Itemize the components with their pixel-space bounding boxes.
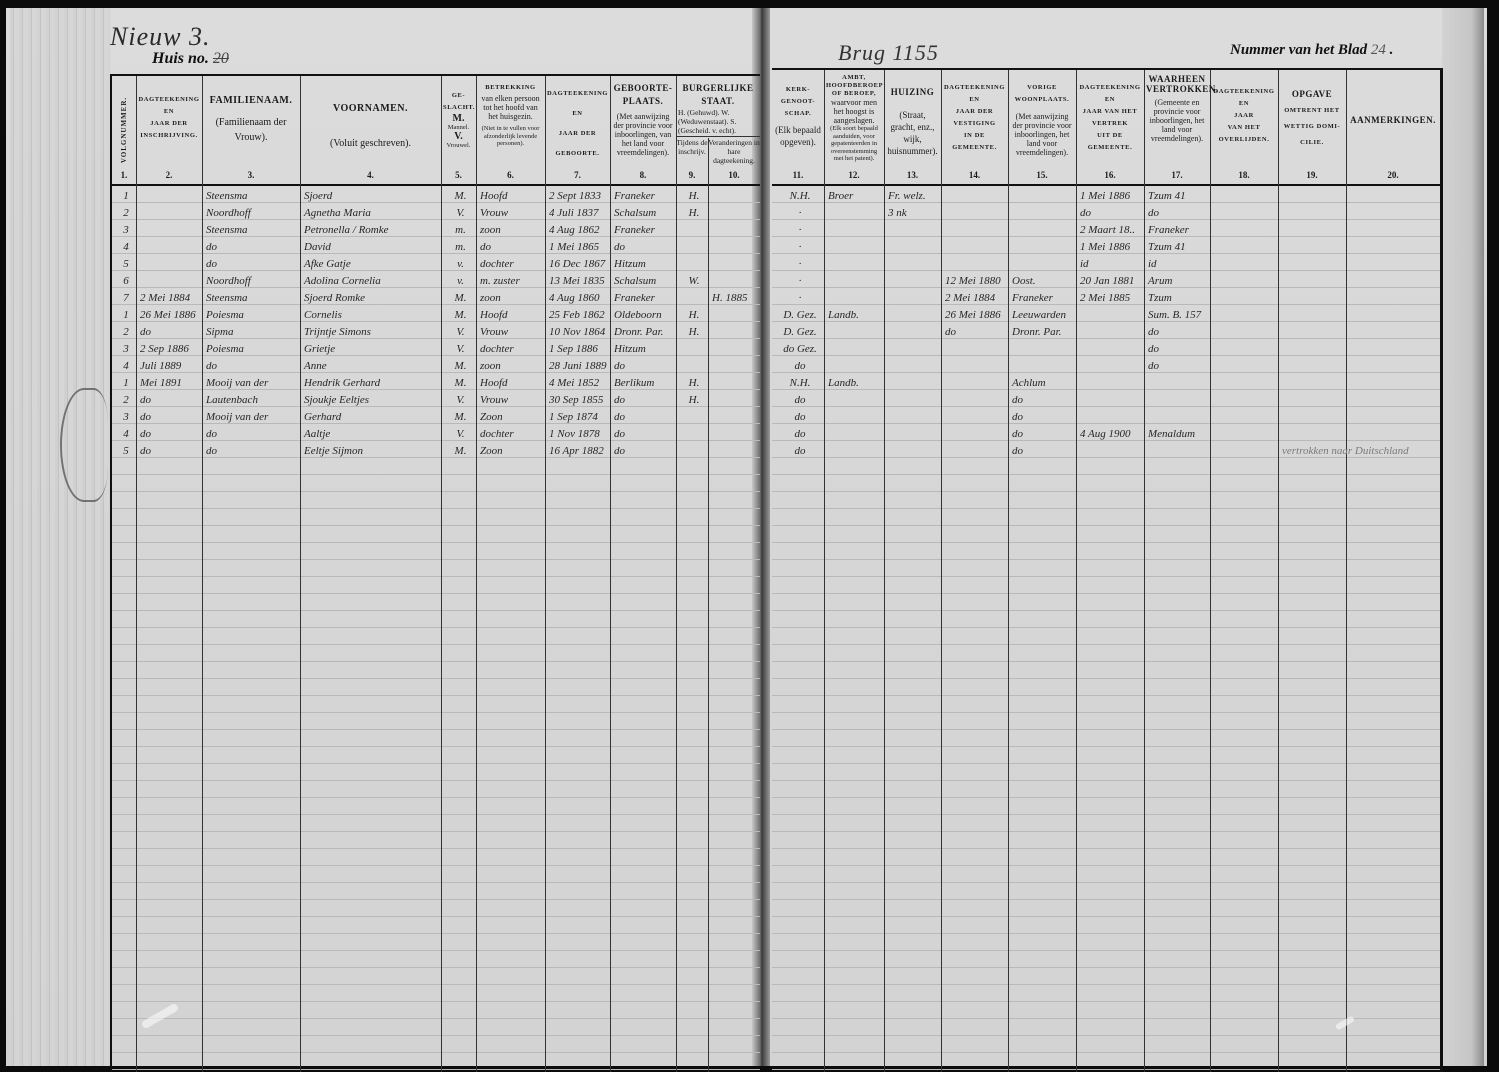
cell-c12: [824, 392, 884, 409]
cell-c12: [824, 273, 884, 290]
cell-c12: [824, 358, 884, 375]
cell-c4: Gerhard: [300, 409, 441, 426]
cell-c16: 2 Mei 1885: [1076, 290, 1144, 307]
header-cell: DAGTEEKENING EN JAAR DER INSCHRIJVING.: [136, 76, 202, 142]
cell-c6: Hoofd: [476, 375, 545, 392]
col-small-note: (Elk soort bepaald aanduiden, voor gepat…: [826, 125, 882, 163]
cell-c15: do: [1008, 392, 1076, 409]
stacked-page-edges: [10, 8, 110, 1066]
cell-c4: Aaltje: [300, 426, 441, 443]
cell-c13: 3 nk: [884, 205, 941, 222]
cell-c14: [941, 205, 1008, 222]
cell-c20: [1278, 341, 1440, 358]
col-line: Vrouwel.: [443, 142, 474, 150]
cell-c7: 28 Juni 1889: [545, 358, 610, 375]
col-note: (Voluit geschreven).: [302, 139, 439, 148]
cell-c16: [1076, 392, 1144, 409]
col-number: 13.: [884, 170, 941, 180]
cell-c3: do: [202, 239, 300, 256]
cell-c17: do: [1144, 324, 1210, 341]
cell-c14: [941, 443, 1008, 460]
col-line: V.: [443, 132, 474, 142]
cell-c16: [1076, 443, 1144, 460]
cell-c10: [708, 426, 760, 443]
col-line: EN: [943, 94, 1006, 106]
cell-c11: ·: [772, 273, 824, 290]
cell-c2: [136, 256, 202, 273]
cell-c6: zoon: [476, 222, 545, 239]
cell-c11: do: [772, 443, 824, 460]
col-line: INSCHRIJVING.: [138, 130, 200, 142]
col-title: HUIZING: [886, 86, 939, 99]
cell-c3: Noordhoff: [202, 205, 300, 222]
cell-c8: do: [610, 358, 676, 375]
col-title: VOLGNUMMER.: [120, 97, 128, 163]
cell-c15: Leeuwarden: [1008, 307, 1076, 324]
cell-c16: 1 Mei 1886: [1076, 188, 1144, 205]
col-note: (Elk bepaald opgeven).: [774, 124, 822, 148]
cell-c20: [1278, 409, 1440, 426]
cell-c2: [136, 239, 202, 256]
col-line: GEMEENTE.: [1078, 142, 1142, 154]
cell-c20: [1278, 256, 1440, 273]
cell-c16: [1076, 341, 1144, 358]
cell-c10: [708, 273, 760, 290]
cell-c1: 1: [112, 188, 136, 205]
cell-c13: [884, 443, 941, 460]
header-cell: AMBT, HOOFDBEROEP OF BEROEP, waarvoor me…: [824, 70, 884, 163]
col-title: DAGTEEKENING: [1078, 82, 1142, 94]
cell-c5: v.: [441, 256, 476, 273]
cell-c20: [1278, 205, 1440, 222]
col-line: GEMEENTE.: [943, 142, 1006, 154]
cell-c20: [1278, 392, 1440, 409]
cell-c16: [1076, 358, 1144, 375]
cell-c10: [708, 358, 760, 375]
header-cell: DAGTEEKENING EN JAAR VAN HET OVERLIJDEN.: [1210, 70, 1278, 146]
cell-c2: do: [136, 409, 202, 426]
blad-number: 24: [1371, 42, 1386, 58]
col-title: OPGAVE: [1280, 88, 1344, 101]
cell-c9: W.: [676, 273, 708, 290]
cell-c6: Zoon: [476, 443, 545, 460]
cell-c2: do: [136, 392, 202, 409]
col-line: JAAR DER: [547, 128, 608, 140]
cell-c4: Trijntje Simons: [300, 324, 441, 341]
cell-c1: 3: [112, 341, 136, 358]
col-line: EN: [1212, 98, 1276, 110]
cell-c10: [708, 392, 760, 409]
cell-c6: Vrouw: [476, 324, 545, 341]
cell-c13: [884, 341, 941, 358]
col-title: GE-SLACHT.: [443, 90, 474, 114]
cell-c3: Sipma: [202, 324, 300, 341]
cell-c3: do: [202, 426, 300, 443]
cell-c1: 4: [112, 358, 136, 375]
cell-c7: 4 Aug 1862: [545, 222, 610, 239]
cell-c11: ·: [772, 205, 824, 222]
cell-c12: [824, 256, 884, 273]
cell-c1: 4: [112, 239, 136, 256]
cell-c15: [1008, 256, 1076, 273]
cell-c20: [1278, 375, 1440, 392]
cell-c11: D. Gez.: [772, 324, 824, 341]
cell-c6: dochter: [476, 341, 545, 358]
cell-c16: [1076, 409, 1144, 426]
cell-c6: dochter: [476, 256, 545, 273]
col-small-note: (Niet in te vullen voor afzonderlijk lev…: [478, 125, 543, 148]
cell-c5: V.: [441, 392, 476, 409]
cell-c3: Mooij van der: [202, 409, 300, 426]
col-number: 7.: [545, 170, 610, 180]
col-title: VORIGE WOONPLAATS.: [1010, 82, 1074, 106]
cell-c17: do: [1144, 205, 1210, 222]
right-page-edge: [1442, 8, 1484, 1066]
cell-c15: [1008, 358, 1076, 375]
col-line: EN: [547, 108, 608, 120]
cell-c14: [941, 375, 1008, 392]
cell-c14: [941, 222, 1008, 239]
cell-c6: Vrouw: [476, 392, 545, 409]
cell-c16: [1076, 307, 1144, 324]
col-title: AMBT, HOOFDBEROEP OF BEROEP,: [826, 74, 882, 98]
cell-c20: [1278, 273, 1440, 290]
cell-c9: [676, 443, 708, 460]
cell-c8: Hitzum: [610, 341, 676, 358]
col-number: 16.: [1076, 170, 1144, 180]
cell-c14: 26 Mei 1886: [941, 307, 1008, 324]
cell-c20: [1278, 426, 1440, 443]
cell-c14: 2 Mei 1884: [941, 290, 1008, 307]
cell-c16: id: [1076, 256, 1144, 273]
cell-c9: H.: [676, 205, 708, 222]
cell-c1: 5: [112, 256, 136, 273]
cell-c12: Landb.: [824, 307, 884, 324]
cell-c2: 2 Sep 1886: [136, 341, 202, 358]
cell-c9: [676, 256, 708, 273]
street-name: Nieuw 3.: [110, 22, 210, 52]
cell-c15: do: [1008, 409, 1076, 426]
cell-c17: [1144, 392, 1210, 409]
col-number: 2.: [136, 170, 202, 180]
col-number: 15.: [1008, 170, 1076, 180]
cell-c8: Hitzum: [610, 256, 676, 273]
cell-c1: 4: [112, 426, 136, 443]
cell-c16: [1076, 324, 1144, 341]
cell-c12: [824, 222, 884, 239]
cell-c4: Hendrik Gerhard: [300, 375, 441, 392]
col-number: 9.: [676, 170, 708, 180]
cell-c9: H.: [676, 375, 708, 392]
col-title: DAGTEEKENING: [138, 94, 200, 106]
cell-c17: [1144, 409, 1210, 426]
cell-c12: Landb.: [824, 375, 884, 392]
cell-c6: Vrouw: [476, 205, 545, 222]
cell-c5: m.: [441, 222, 476, 239]
cell-c8: Franeker: [610, 222, 676, 239]
cell-c13: [884, 324, 941, 341]
col-number: 6.: [476, 170, 545, 180]
huis-number: 20: [213, 50, 229, 67]
cell-c9: [676, 222, 708, 239]
cell-c13: [884, 290, 941, 307]
cell-c1: 1: [112, 375, 136, 392]
col-note: (Familienaam der Vrouw).: [204, 115, 298, 145]
header-cell: OPGAVE OMTRENT HET WETTIG DOMI- CILIE.: [1278, 70, 1346, 149]
cell-c5: V.: [441, 341, 476, 358]
cell-c6: Hoofd: [476, 188, 545, 205]
cell-c9: H.: [676, 324, 708, 341]
cell-c5: M.: [441, 188, 476, 205]
cell-c10: [708, 341, 760, 358]
cell-c8: Franeker: [610, 188, 676, 205]
col-title: WAARHEEN VERTROKKEN.: [1146, 74, 1208, 94]
cell-c3: Poiesma: [202, 307, 300, 324]
col-title: KERK-GENOOT-SCHAP.: [774, 84, 822, 120]
cell-c4: Anne: [300, 358, 441, 375]
header-cell: GEBOORTE-PLAATS. (Met aanwijzing der pro…: [610, 76, 676, 157]
cell-c8: Dronr. Par.: [610, 324, 676, 341]
ledger-left: VOLGNUMMER. 1. DAGTEEKENING EN JAAR DER …: [110, 74, 760, 1072]
cell-c8: do: [610, 443, 676, 460]
cell-c5: v.: [441, 273, 476, 290]
header-cell: DAGTEEKENING EN JAAR DER GEBOORTE.: [545, 76, 610, 160]
cell-c17: Tzum 41: [1144, 188, 1210, 205]
cell-c3: do: [202, 443, 300, 460]
cell-c9: [676, 409, 708, 426]
cell-c3: Mooij van der: [202, 375, 300, 392]
col-title: FAMILIENAAM.: [204, 94, 298, 107]
cell-c17: [1144, 375, 1210, 392]
col-sub-title: Veranderingen in hare dagteekening.: [708, 138, 760, 165]
cell-c11: do: [772, 392, 824, 409]
cell-c15: Achlum: [1008, 375, 1076, 392]
cell-c15: [1008, 205, 1076, 222]
cell-c7: 30 Sep 1855: [545, 392, 610, 409]
cell-c9: [676, 341, 708, 358]
cell-c2: [136, 188, 202, 205]
cell-c6: Hoofd: [476, 307, 545, 324]
header-cell: BURGERLIJKE STAAT. H. (Gehuwd). W. (Wedu…: [676, 76, 760, 135]
cell-c15: [1008, 239, 1076, 256]
cell-c10: H. 1885: [708, 290, 760, 307]
col-line: OVERLIJDEN.: [1212, 134, 1276, 146]
cell-c4: Grietje: [300, 341, 441, 358]
col-number: 4.: [300, 170, 441, 180]
col-sub-title: Tijdens de inschrijv.: [676, 138, 708, 156]
cell-c14: 12 Mei 1880: [941, 273, 1008, 290]
col-line: JAAR: [1212, 110, 1276, 122]
cell-c7: 13 Mei 1835: [545, 273, 610, 290]
col-number: 12.: [824, 170, 884, 180]
cell-c3: Steensma: [202, 290, 300, 307]
col-note: (Gemeente en provincie voor inboorlingen…: [1146, 98, 1208, 143]
header-cell: KERK-GENOOT-SCHAP. (Elk bepaald opgeven)…: [772, 70, 824, 148]
cell-c4: Afke Gatje: [300, 256, 441, 273]
col-note: (Met aanwijzing der provincie voor inboo…: [1010, 112, 1074, 157]
cell-c3: Poiesma: [202, 341, 300, 358]
cell-c8: Schalsum: [610, 205, 676, 222]
cell-c20: [1278, 324, 1440, 341]
cell-c8: do: [610, 239, 676, 256]
cell-c2: 26 Mei 1886: [136, 307, 202, 324]
subheader-divider: [676, 136, 760, 137]
cell-c12: [824, 205, 884, 222]
header-cell: VOORNAMEN. (Voluit geschreven).: [300, 76, 441, 148]
cell-c10: [708, 443, 760, 460]
col-line: VESTIGING: [943, 118, 1006, 130]
cell-c16: 2 Maart 18..: [1076, 222, 1144, 239]
cell-c17: do: [1144, 341, 1210, 358]
cell-c17: Menaldum: [1144, 426, 1210, 443]
cell-c1: 2: [112, 324, 136, 341]
col-number: 8.: [610, 170, 676, 180]
col-note: (Straat, gracht, enz., wijk, huisnummer)…: [886, 109, 939, 157]
cell-c14: [941, 426, 1008, 443]
cell-c11: ·: [772, 239, 824, 256]
cell-c9: [676, 426, 708, 443]
cell-c7: 4 Juli 1837: [545, 205, 610, 222]
col-number: 5.: [441, 170, 476, 180]
col-line: VERTREK: [1078, 118, 1142, 130]
cell-c8: Oldeboorn: [610, 307, 676, 324]
col-number: 14.: [941, 170, 1008, 180]
cell-c14: [941, 392, 1008, 409]
col-line: UIT DE: [1078, 130, 1142, 142]
ledger-right: KERK-GENOOT-SCHAP. (Elk bepaald opgeven)…: [772, 68, 1443, 1072]
cell-c7: 4 Aug 1860: [545, 290, 610, 307]
col-title: GEBOORTE-PLAATS.: [612, 82, 674, 108]
col-title: BETREKKING: [478, 82, 543, 94]
col-number: 18.: [1210, 170, 1278, 180]
cell-c13: [884, 239, 941, 256]
cell-c15: Oost.: [1008, 273, 1076, 290]
cell-c15: [1008, 222, 1076, 239]
huis-label: Huis no.: [152, 50, 209, 67]
col-title: AANMERKINGEN.: [1348, 114, 1438, 127]
cell-c17: id: [1144, 256, 1210, 273]
cell-c13: Fr. welz.: [884, 188, 941, 205]
cell-c14: [941, 341, 1008, 358]
cell-c8: Berlikum: [610, 375, 676, 392]
cell-c10: [708, 239, 760, 256]
cell-c2: do: [136, 443, 202, 460]
cell-c13: [884, 222, 941, 239]
blad-label: Nummer van het Blad: [1230, 42, 1367, 58]
cell-c2: do: [136, 426, 202, 443]
cell-c5: V.: [441, 426, 476, 443]
cell-c11: N.H.: [772, 375, 824, 392]
cell-c7: 16 Apr 1882: [545, 443, 610, 460]
cell-c3: do: [202, 358, 300, 375]
col-line: EN: [138, 106, 200, 118]
cell-c6: dochter: [476, 426, 545, 443]
cell-c11: ·: [772, 290, 824, 307]
cell-c16: [1076, 375, 1144, 392]
cell-c4: Agnetha Maria: [300, 205, 441, 222]
cell-c9: H.: [676, 392, 708, 409]
cell-c10: [708, 222, 760, 239]
cell-c17: Sum. B. 157: [1144, 307, 1210, 324]
col-title: DAGTEEKENING: [943, 82, 1006, 94]
cell-c10: [708, 409, 760, 426]
cell-c17: Arum: [1144, 273, 1210, 290]
cell-c4: Eeltje Sijmon: [300, 443, 441, 460]
cell-c11: do: [772, 358, 824, 375]
cell-c20: [1278, 239, 1440, 256]
cell-c11: D. Gez.: [772, 307, 824, 324]
cell-c7: 1 Sep 1874: [545, 409, 610, 426]
col-line: M.: [443, 114, 474, 124]
cell-c20: vertrokken naar Duitschland: [1278, 443, 1440, 460]
cell-c13: [884, 256, 941, 273]
cell-c9: [676, 358, 708, 375]
cell-c14: [941, 358, 1008, 375]
cell-c14: [941, 239, 1008, 256]
cell-c7: 1 Nov 1878: [545, 426, 610, 443]
cell-c17: Franeker: [1144, 222, 1210, 239]
cell-c1: 6: [112, 273, 136, 290]
cell-c20: [1278, 290, 1440, 307]
col-line: JAAR DER: [138, 118, 200, 130]
cell-c17: [1144, 443, 1210, 460]
cell-c12: Broer: [824, 188, 884, 205]
cell-c17: do: [1144, 358, 1210, 375]
cell-c6: zoon: [476, 358, 545, 375]
cell-c15: do: [1008, 443, 1076, 460]
cell-c7: 2 Sept 1833: [545, 188, 610, 205]
cell-c4: Cornelis: [300, 307, 441, 324]
cell-c7: 10 Nov 1864: [545, 324, 610, 341]
cell-c15: [1008, 188, 1076, 205]
cell-c12: [824, 426, 884, 443]
cell-c3: Steensma: [202, 188, 300, 205]
cell-c11: do: [772, 409, 824, 426]
cell-c12: [824, 290, 884, 307]
cell-c3: Steensma: [202, 222, 300, 239]
col-line: IN DE: [943, 130, 1006, 142]
brug-note: Brug 1155: [838, 40, 939, 66]
cell-c7: 1 Sep 1886: [545, 341, 610, 358]
cell-c9: [676, 239, 708, 256]
cell-c3: Lautenbach: [202, 392, 300, 409]
cell-c15: Dronr. Par.: [1008, 324, 1076, 341]
cell-c11: do Gez.: [772, 341, 824, 358]
cell-c10: [708, 205, 760, 222]
col-line: WETTIG DOMI-: [1280, 121, 1344, 133]
cell-c16: 20 Jan 1881: [1076, 273, 1144, 290]
col-number: 10.: [708, 170, 760, 180]
cell-c8: Franeker: [610, 290, 676, 307]
col-note: H. (Gehuwd). W. (Weduwenstaat). S. (Gesc…: [678, 108, 758, 135]
cell-c5: M.: [441, 409, 476, 426]
cell-c11: do: [772, 426, 824, 443]
col-note: van elken persoon tot het hoofd van het …: [478, 94, 543, 121]
cell-c1: 2: [112, 205, 136, 222]
cell-c2: [136, 222, 202, 239]
col-line: VAN HET: [1212, 122, 1276, 134]
cell-c12: [824, 409, 884, 426]
cell-c10: [708, 256, 760, 273]
col-title: DAGTEEKENING: [1212, 86, 1276, 98]
cell-c17: Tzum 41: [1144, 239, 1210, 256]
cell-c3: do: [202, 256, 300, 273]
cell-c4: Adolina Cornelia: [300, 273, 441, 290]
cell-c5: m.: [441, 239, 476, 256]
cell-c14: [941, 409, 1008, 426]
sheet-number: Nummer van het Blad 24 .: [1230, 42, 1393, 59]
col-number: 3.: [202, 170, 300, 180]
